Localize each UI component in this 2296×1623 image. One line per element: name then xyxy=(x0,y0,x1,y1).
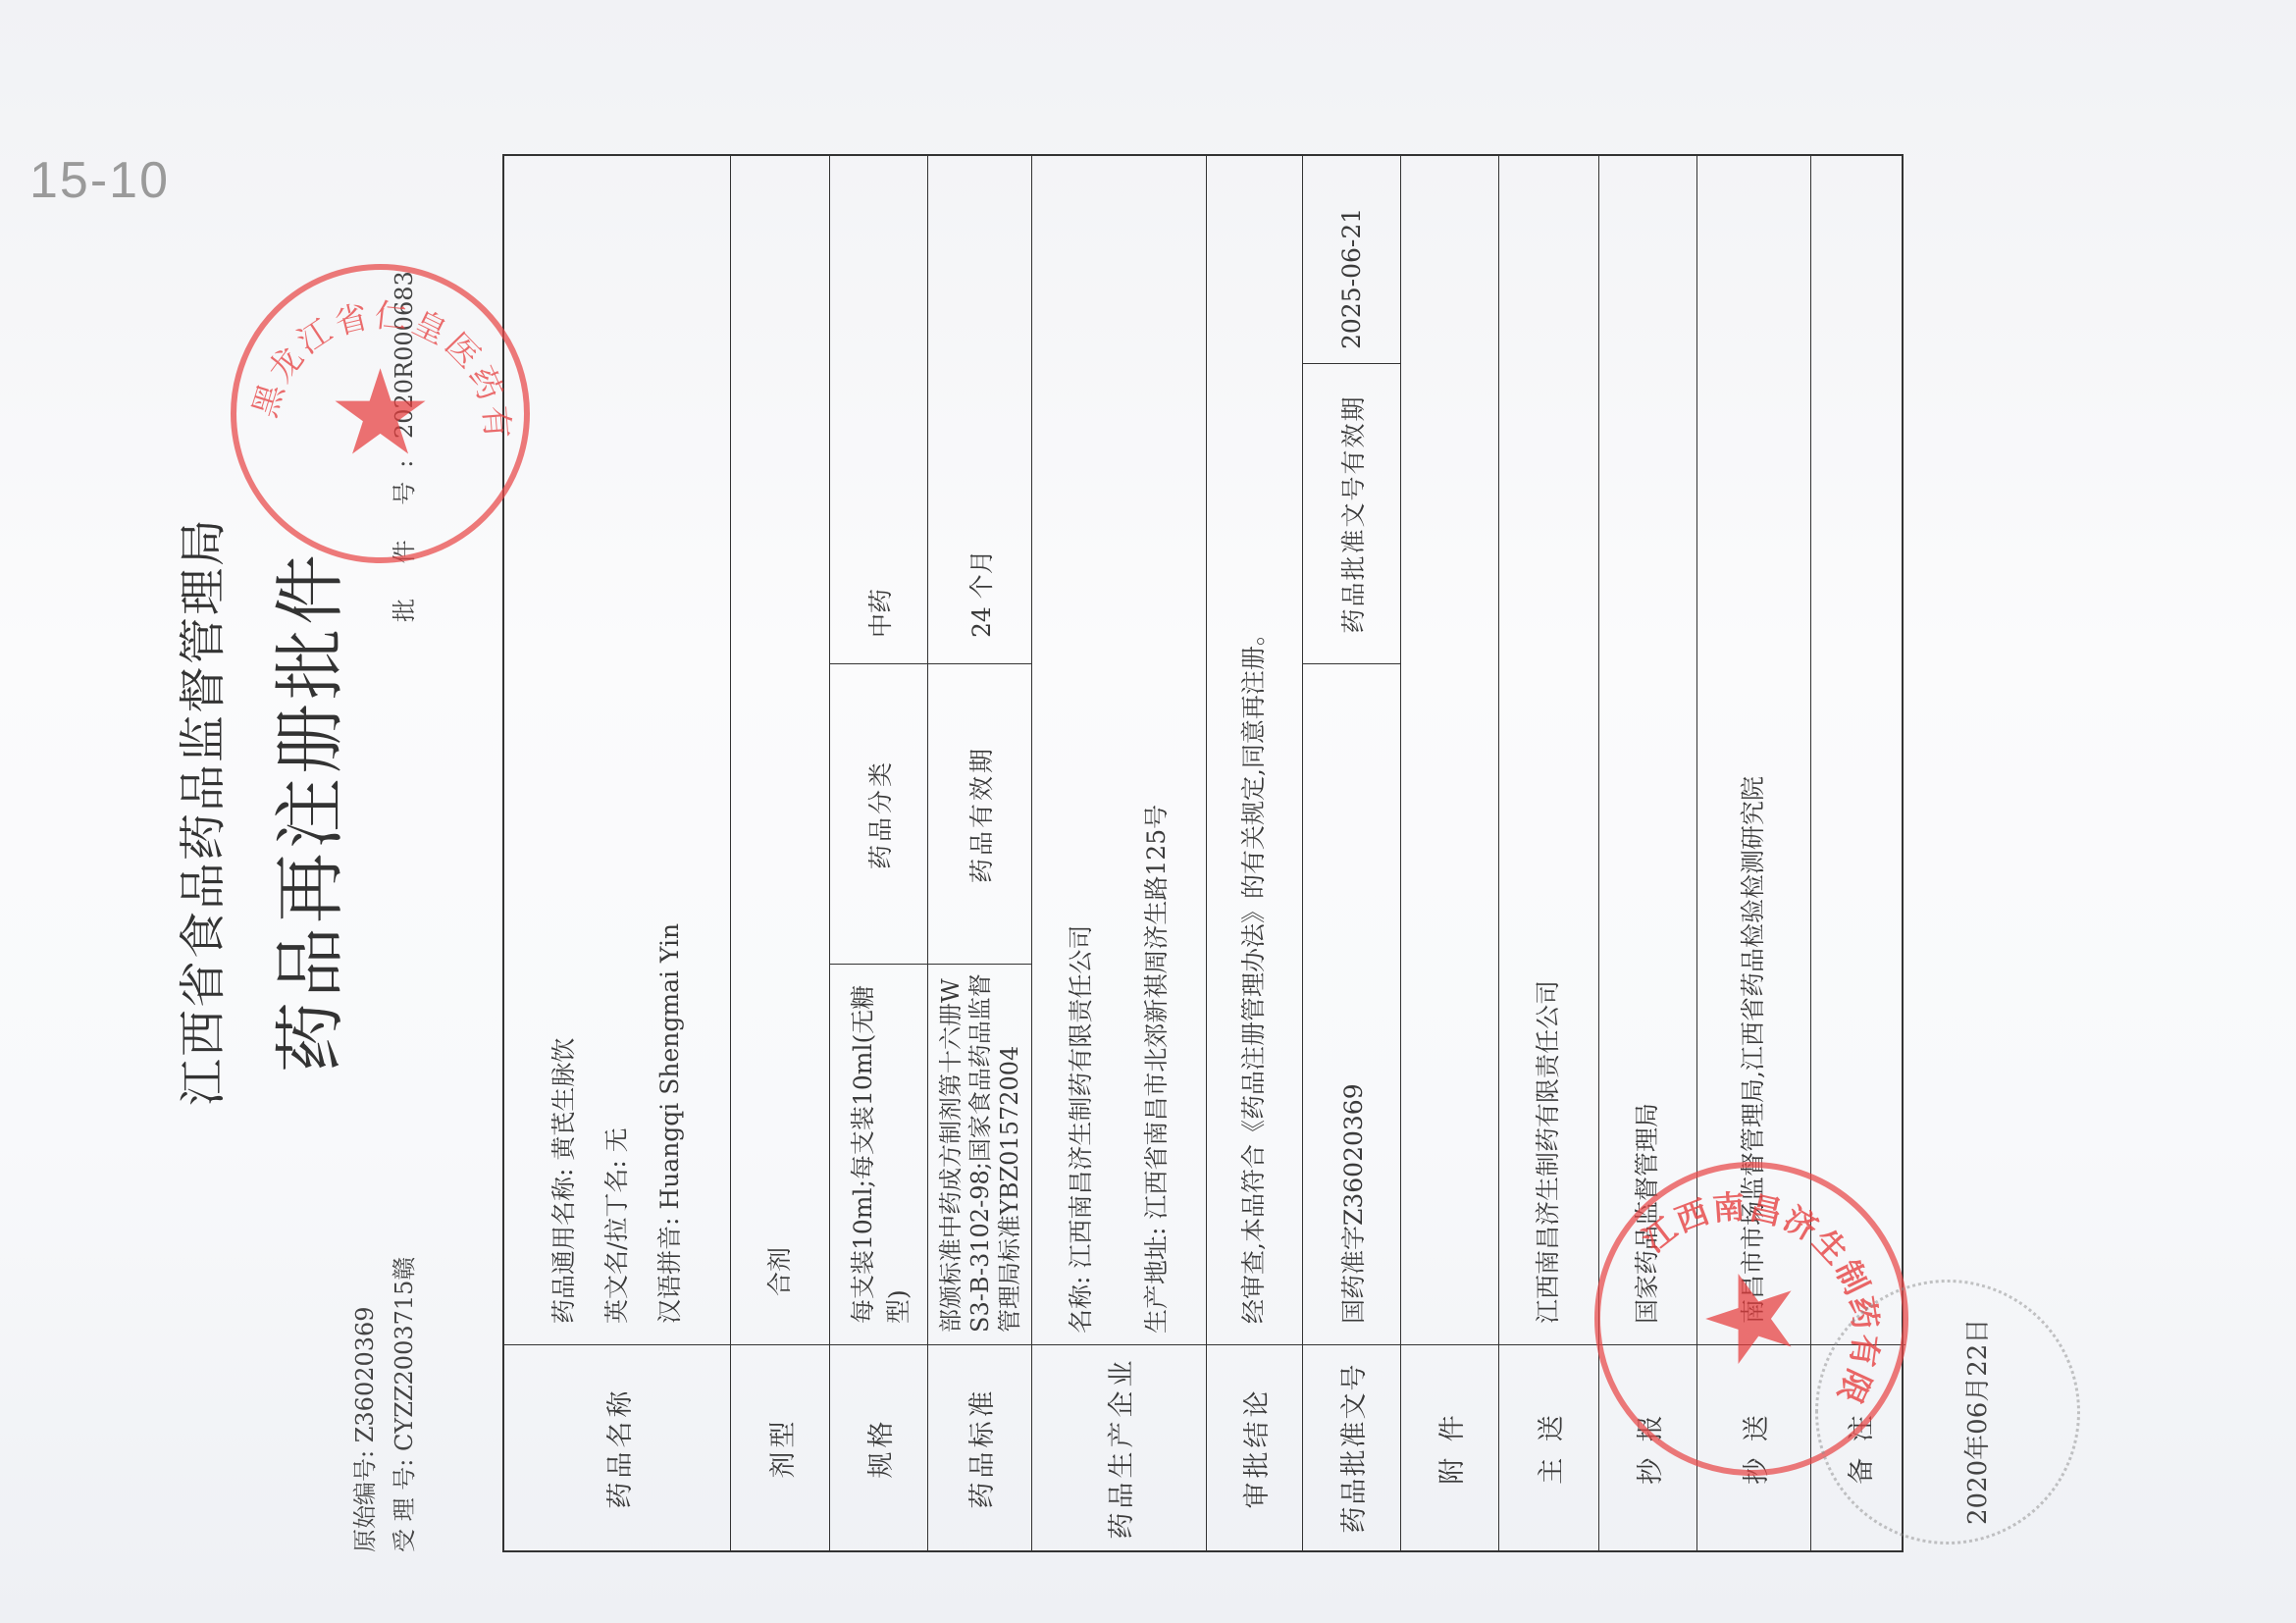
approval-doc-value: 国药准字Z36020369 xyxy=(1303,1083,1400,1324)
issue-date: 2020年06月22日 xyxy=(1957,1319,1994,1525)
conclusion-value: 经审查,本品符合《药品注册管理办法》的有关规定,同意再注册。 xyxy=(1236,156,1272,1324)
label-standard: 药品标准 xyxy=(928,1344,1031,1550)
issuing-agency: 江西省食品药品监督管理局 xyxy=(165,0,233,1623)
row-conclusion: 审批结论 经审查,本品符合《药品注册管理办法》的有关规定,同意再注册。 xyxy=(1206,156,1302,1550)
acceptance-number-value: CYZZ2003715赣 xyxy=(391,1257,418,1451)
handwritten-note: 15-10 xyxy=(29,151,170,210)
specification-value: 每支装10ml;每支装10ml(无糖型) xyxy=(830,970,927,1324)
label-conclusion: 审批结论 xyxy=(1207,1344,1302,1550)
row-drug-name: 药品名称 药品通用名称: 黄芪生脉饮 英文名/拉丁名: 无 汉语拼音: Huan… xyxy=(504,156,730,1550)
row-attachment: 附 件 xyxy=(1400,156,1498,1550)
shelf-life-label: 药品有效期 xyxy=(928,664,1031,965)
faint-official-seal xyxy=(1815,1280,2080,1544)
label-specification: 规格 xyxy=(830,1344,927,1550)
standard-value: 部颁标准中药成方制剂第十六册WS3-B-3102-98;国家食品药品监督管理局标… xyxy=(928,968,1031,1333)
row-approval-doc: 药品批准文号 国药准字Z36020369 药品批准文号有效期 2025-06-2… xyxy=(1302,156,1400,1550)
pinyin-name: 汉语拼音: Huangqi Shengmai Yin xyxy=(652,156,688,1324)
acceptance-number-label: 受 理 号: xyxy=(391,1459,418,1552)
label-drug-name: 药品名称 xyxy=(504,1344,730,1550)
report-to-value: 国家药品监督管理局 xyxy=(1630,156,1665,1324)
generic-name: 药品通用名称: 黄芪生脉饮 xyxy=(547,156,582,1324)
label-attachment: 附 件 xyxy=(1401,1344,1498,1550)
dosage-form-value: 合剂 xyxy=(762,156,798,1324)
original-number-label: 原始编号: xyxy=(351,1450,379,1552)
english-latin-name: 英文名/拉丁名: 无 xyxy=(600,156,635,1324)
shelf-life-value: 24 个月 xyxy=(928,550,1031,638)
star-icon: ★ xyxy=(1693,1266,1810,1372)
acceptance-number: 受 理 号: CYZZ2003715赣 xyxy=(385,1257,419,1552)
document-page: 15-10 江西省食品药品监督管理局 药品再注册批件 原始编号: Z360203… xyxy=(0,0,2296,1623)
row-dosage-form: 剂型 合剂 xyxy=(730,156,829,1550)
label-manufacturer: 药品生产企业 xyxy=(1032,1344,1206,1550)
manufacturer-name: 名称: 江西南昌济生制药有限责任公司 xyxy=(1064,156,1099,1334)
category-value: 中药 xyxy=(830,589,927,638)
main-recipient-value: 江西南昌济生制药有限责任公司 xyxy=(1531,156,1566,1324)
left-company-seal: 黑龙江省仁皇医药有限公司 ★ xyxy=(231,264,530,563)
document-title: 药品再注册批件 xyxy=(253,0,355,1623)
label-approval-doc: 药品批准文号 xyxy=(1303,1344,1400,1550)
row-specification: 规格 每支装10ml;每支装10ml(无糖型) 药品分类 中药 xyxy=(829,156,927,1550)
original-number: 原始编号: Z36020369 xyxy=(345,1306,380,1552)
category-label: 药品分类 xyxy=(830,664,927,965)
manufacturer-address: 生产地址: 江西省南昌市北郊新祺周济生路125号 xyxy=(1139,156,1174,1334)
original-number-value: Z36020369 xyxy=(351,1306,379,1442)
row-standard: 药品标准 部颁标准中药成方制剂第十六册WS3-B-3102-98;国家食品药品监… xyxy=(927,156,1031,1550)
validity-label: 药品批准文号有效期 xyxy=(1303,364,1400,664)
row-manufacturer: 药品生产企业 名称: 江西南昌济生制药有限责任公司 生产地址: 江西省南昌市北郊… xyxy=(1031,156,1206,1550)
label-dosage-form: 剂型 xyxy=(731,1344,829,1550)
star-icon: ★ xyxy=(328,355,434,473)
validity-value: 2025-06-21 xyxy=(1303,208,1400,349)
